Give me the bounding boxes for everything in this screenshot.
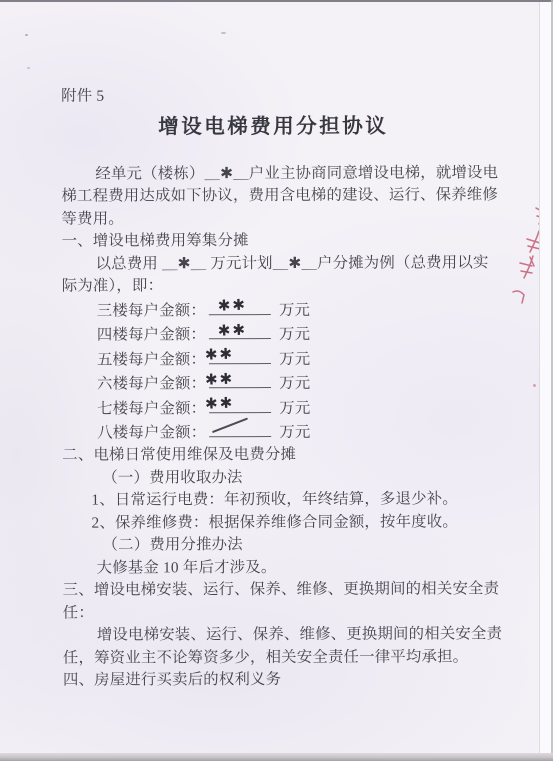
document-title: 增设电梯费用分担协议 (43, 112, 503, 141)
section3-paragraph-line: 任，筹资业主不论筹资多少，相关安全责任一律平均承担。 (63, 646, 553, 670)
unit-label: 万元 (279, 302, 310, 319)
scan-speck (25, 34, 28, 36)
floor-label: 四楼每户金额： (97, 326, 206, 343)
fill-in-blank (209, 420, 271, 437)
scan-edge-top (0, 0, 553, 2)
handwritten-slash-mark (212, 418, 248, 433)
section4-heading: 四、房屋进行买卖后的权利义务 (63, 668, 553, 692)
section2-heading: 二、电梯日常使用维保及电费分摊 (62, 444, 553, 468)
unit-label: 万元 (279, 424, 310, 441)
floor-row-5f: 五楼每户金额：✱✱万元 (97, 346, 553, 372)
handwritten-stars: ✱✱ (218, 294, 248, 318)
intro-line: 经单元（楼栋）＿✱＿户业主协商同意增设电梯，就增设电 (61, 162, 552, 186)
unit-label: 万元 (279, 326, 310, 343)
floor-label: 七楼每户金额： (97, 400, 206, 417)
section3-paragraph-line: 增设电梯安装、运行、保养、维修、更换期间的相关安全责 (63, 623, 553, 647)
floor-row-7f: 七楼每户金额：✱✱万元 (97, 395, 553, 421)
intro-line: 梯工程费用达成如下协议，费用含电梯的建设、运行、保养维修 (61, 185, 552, 209)
fill-in-blank: ✱✱ (209, 347, 271, 364)
unit-label: 万元 (279, 375, 310, 392)
section2-subheading-2: （二）费用分推办法 (102, 533, 553, 557)
scan-speck (27, 67, 30, 69)
fill-in-blank: ✱✱ (209, 298, 271, 315)
floor-label: 六楼每户金额： (97, 375, 206, 392)
fill-in-blank: ✱✱ (209, 396, 271, 413)
document-sheet: 附件 5 增设电梯费用分担协议 经单元（楼栋）＿✱＿户业主协商同意增设电梯，就增… (0, 0, 553, 754)
fill-in-blank: ✱✱ (209, 371, 271, 388)
floor-row-3f: 三楼每户金额：✱✱万元 (97, 297, 553, 323)
unit-label: 万元 (279, 351, 310, 368)
floor-label: 八楼每户金额： (97, 424, 206, 441)
attachment-label: 附件 5 (61, 85, 552, 107)
red-ink-speck (533, 384, 536, 387)
section2-item-1: 1、日常运行电费：年初预收，年终结算，多退少补。 (91, 488, 553, 512)
intro-line: 等费用。 (61, 207, 552, 231)
section1-heading: 一、增设电梯费用筹集分摊 (62, 229, 553, 253)
section1-paragraph-line: 际为准），即： (62, 274, 553, 298)
scanned-document-page: 附件 5 增设电梯费用分担协议 经单元（楼栋）＿✱＿户业主协商同意增设电梯，就增… (0, 0, 553, 761)
section2-item-2: 2、保养维修费：根据保养维修合同金额，按年度收。 (91, 511, 553, 535)
scan-edge-bottom (0, 753, 553, 761)
scan-speck (221, 32, 226, 34)
floor-label: 五楼每户金额： (97, 351, 206, 368)
section2-subheading-1: （一）费用收取办法 (102, 466, 553, 490)
floor-label: 三楼每户金额： (97, 302, 206, 319)
floor-row-8f: 八楼每户金额：万元 (97, 419, 553, 445)
section3-heading-line: 任： (63, 601, 553, 625)
document-body: 经单元（楼栋）＿✱＿户业主协商同意增设电梯，就增设电 梯工程费用达成如下协议，费… (61, 162, 553, 692)
section3-heading-line: 三、增设电梯安装、运行、保养、维修、更换期间的相关安全责 (63, 578, 553, 602)
section2-note: 大修基金 10 年后才涉及。 (97, 556, 553, 580)
handwritten-stars: ✱✱ (205, 392, 235, 416)
fill-in-blank: ✱✱ (209, 322, 271, 339)
unit-label: 万元 (279, 399, 310, 416)
section1-paragraph-line: 以总费用 ＿✱＿ 万元计划＿✱＿户分摊为例（总费用以实 (62, 252, 553, 276)
handwritten-stars: ✱✱ (205, 367, 235, 391)
floor-row-4f: 四楼每户金额：✱✱万元 (97, 321, 553, 347)
handwritten-stars: ✱✱ (205, 343, 235, 367)
floor-row-6f: 六楼每户金额：✱✱万元 (97, 370, 553, 396)
handwritten-stars: ✱✱ (218, 318, 248, 342)
